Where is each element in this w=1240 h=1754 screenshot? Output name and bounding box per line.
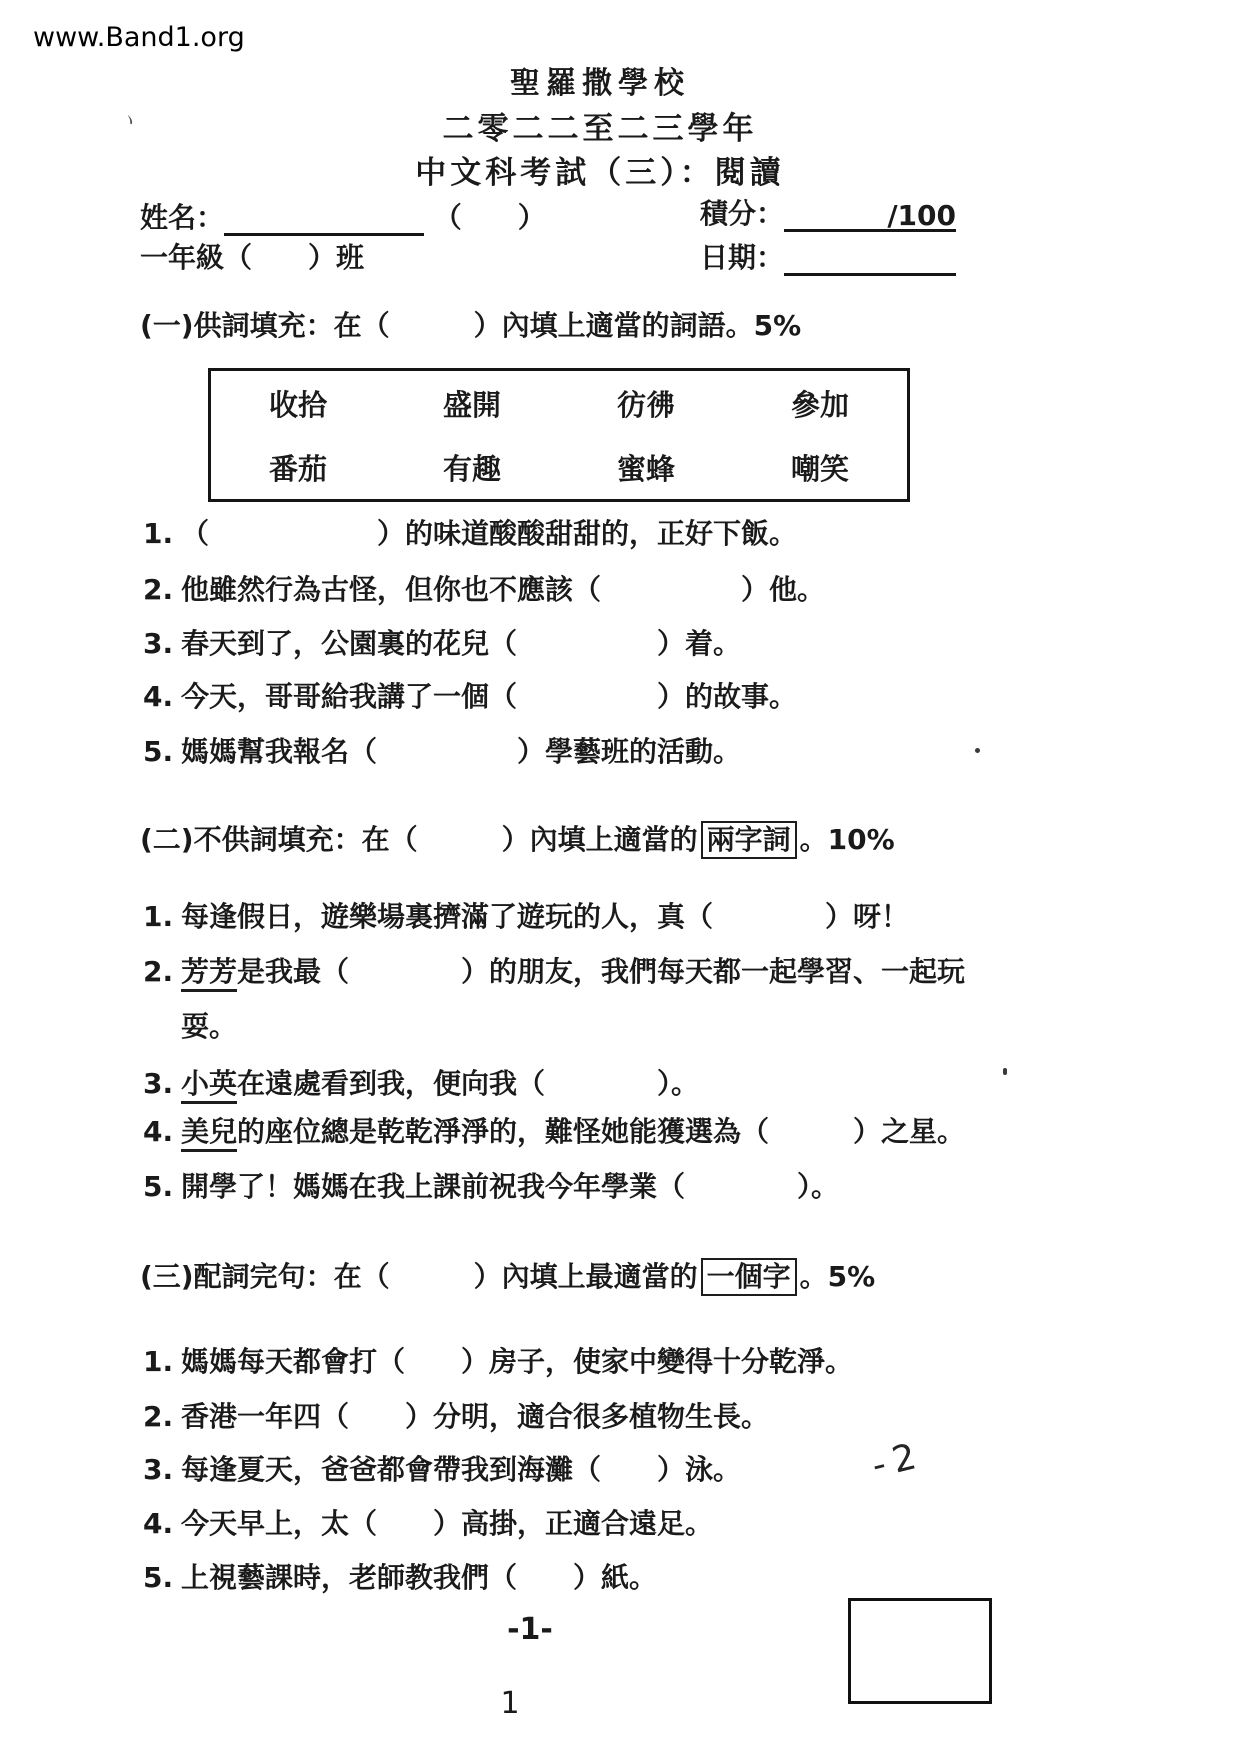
- question-number: 3.: [143, 627, 181, 660]
- question-line: 4.美兒的座位總是乾乾淨淨的，難怪她能獲選為（ ）之星。: [143, 1110, 965, 1150]
- question-number: 3.: [143, 1453, 181, 1486]
- school-name: 聖羅撒學校: [0, 58, 1200, 102]
- date-field: 日期：: [700, 236, 956, 276]
- question-text: 在遠處看到我，便向我（ ）。: [237, 1067, 699, 1100]
- question-line-wrap: 耍。: [181, 1005, 237, 1045]
- question-number: 2.: [143, 573, 181, 606]
- question-number: 4.: [143, 1115, 181, 1148]
- question-text: 他雖然行為古怪，但你也不應該（ ）他。: [181, 573, 825, 606]
- question-line: 1.媽媽每天都會打（ ）房子，使家中變得十分乾淨。: [143, 1340, 853, 1380]
- question-number: 1.: [143, 900, 181, 933]
- section3-heading-prefix: (三)配詞完句：在（ ）內填上最適當的: [140, 1260, 698, 1293]
- question-text: 的座位總是乾乾淨淨的，難怪她能獲選為（ ）之星。: [237, 1115, 965, 1148]
- name-blank-line: [224, 207, 424, 236]
- scanned-exam-page: www.Band1.org ヽ 聖羅撒學校 二零二二至二三學年 中文科考試（三）…: [0, 0, 1240, 1754]
- question-number: 2.: [143, 955, 181, 988]
- question-text: 每逢假日，遊樂場裏擠滿了遊玩的人，真（ ）呀！: [181, 900, 909, 933]
- score-field: 積分：/100: [700, 192, 956, 232]
- question-text: 春天到了，公園裏的花兒（ ）着。: [181, 627, 741, 660]
- question-line: 2.香港一年四（ ）分明，適合很多植物生長。: [143, 1395, 769, 1435]
- question-number: 2.: [143, 1400, 181, 1433]
- scan-speck: [975, 748, 980, 753]
- underlined-name: 美兒: [181, 1115, 237, 1152]
- word-bank-item: 盛開: [443, 383, 501, 424]
- question-line: 1.每逢假日，遊樂場裏擠滿了遊玩的人，真（ ）呀！: [143, 895, 909, 935]
- question-number: 5.: [143, 1170, 181, 1203]
- score-blank-line: /100: [784, 199, 956, 232]
- section2-heading: (二)不供詞填充：在（ ）內填上適當的兩字詞。10%: [140, 818, 895, 859]
- word-bank: 收拾 盛開 彷彿 參加 番茄 有趣 蜜蜂 嘲笑: [208, 368, 910, 502]
- section1-heading: (一)供詞填充：在（ ）內填上適當的詞語。5%: [140, 304, 801, 344]
- school-year: 二零二二至二三學年: [0, 103, 1200, 148]
- name-brackets: （ ）: [434, 201, 546, 234]
- question-text: 媽媽幫我報名（ ）學藝班的活動。: [181, 735, 741, 768]
- word-bank-item: 收拾: [269, 383, 327, 424]
- question-line: 5.媽媽幫我報名（ ）學藝班的活動。: [143, 730, 741, 770]
- question-text: （ ）的味道酸酸甜甜的，正好下飯。: [181, 517, 797, 550]
- boxed-term: 兩字詞: [701, 821, 797, 859]
- question-line: 3.小英在遠處看到我，便向我（ ）。: [143, 1062, 699, 1102]
- question-text: 香港一年四（ ）分明，適合很多植物生長。: [181, 1400, 769, 1433]
- date-blank-line: [784, 247, 956, 276]
- question-text: 上視藝課時，老師教我們（ ）紙。: [181, 1561, 657, 1594]
- scan-speck: [1003, 1068, 1007, 1075]
- question-text: 媽媽每天都會打（ ）房子，使家中變得十分乾淨。: [181, 1345, 853, 1378]
- word-bank-item: 彷彿: [617, 383, 675, 424]
- question-number: 5.: [143, 735, 181, 768]
- question-number: 3.: [143, 1067, 181, 1100]
- question-number: 1.: [143, 1345, 181, 1378]
- score-total: /100: [887, 199, 956, 232]
- name-label: 姓名：: [140, 201, 224, 234]
- question-line: 2.他雖然行為古怪，但你也不應該（ ）他。: [143, 568, 825, 608]
- section3-heading: (三)配詞完句：在（ ）內填上最適當的一個字。5%: [140, 1255, 875, 1296]
- question-number: 4.: [143, 680, 181, 713]
- boxed-term: 一個字: [701, 1258, 797, 1296]
- question-line: 3.春天到了，公園裏的花兒（ ）着。: [143, 622, 741, 662]
- question-line: 4.今天早上，太（ ）高掛，正適合遠足。: [143, 1502, 713, 1542]
- question-line: 1.（ ）的味道酸酸甜甜的，正好下飯。: [143, 512, 797, 552]
- name-field: 姓名： （ ）: [140, 196, 546, 236]
- word-bank-item: 有趣: [443, 447, 501, 488]
- page-number: 1: [0, 1686, 1110, 1721]
- question-line: 3.每逢夏天，爸爸都會帶我到海灘（ ）泳。: [143, 1448, 741, 1488]
- grade-class-field: 一年級（ ）班: [140, 236, 364, 276]
- question-text: 是我最（ ）的朋友，我們每天都一起學習、一起玩: [237, 955, 965, 988]
- question-line: 4.今天，哥哥給我講了一個（ ）的故事。: [143, 675, 797, 715]
- question-number: 4.: [143, 1507, 181, 1540]
- exam-title: 中文科考試（三）：閱讀: [0, 147, 1200, 192]
- underlined-name: 芳芳: [181, 955, 237, 992]
- question-line: 5.開學了！媽媽在我上課前祝我今年學業（ ）。: [143, 1165, 839, 1205]
- question-text: 今天早上，太（ ）高掛，正適合遠足。: [181, 1507, 713, 1540]
- word-bank-item: 嘲笑: [791, 447, 849, 488]
- question-text: 開學了！媽媽在我上課前祝我今年學業（ ）。: [181, 1170, 839, 1203]
- question-text: 耍。: [181, 1010, 237, 1043]
- section2-heading-prefix: (二)不供詞填充：在（ ）內填上適當的: [140, 823, 698, 856]
- score-label: 積分：: [700, 197, 784, 230]
- question-number: 5.: [143, 1561, 181, 1594]
- section3-heading-suffix: 。5%: [800, 1260, 876, 1293]
- section2-heading-suffix: 。10%: [800, 823, 895, 856]
- question-line: 5.上視藝課時，老師教我們（ ）紙。: [143, 1556, 657, 1596]
- word-bank-item: 蜜蜂: [617, 447, 675, 488]
- date-label: 日期：: [700, 241, 784, 274]
- question-number: 1.: [143, 517, 181, 550]
- question-line: 2.芳芳是我最（ ）的朋友，我們每天都一起學習、一起玩: [143, 950, 965, 990]
- underlined-name: 小英: [181, 1067, 237, 1104]
- watermark-band1: www.Band1.org: [33, 22, 245, 53]
- word-bank-item: 番茄: [269, 447, 327, 488]
- handwritten-score-mark: -2: [868, 1434, 928, 1486]
- word-bank-item: 參加: [791, 383, 849, 424]
- question-text: 今天，哥哥給我講了一個（ ）的故事。: [181, 680, 797, 713]
- question-text: 每逢夏天，爸爸都會帶我到海灘（ ）泳。: [181, 1453, 741, 1486]
